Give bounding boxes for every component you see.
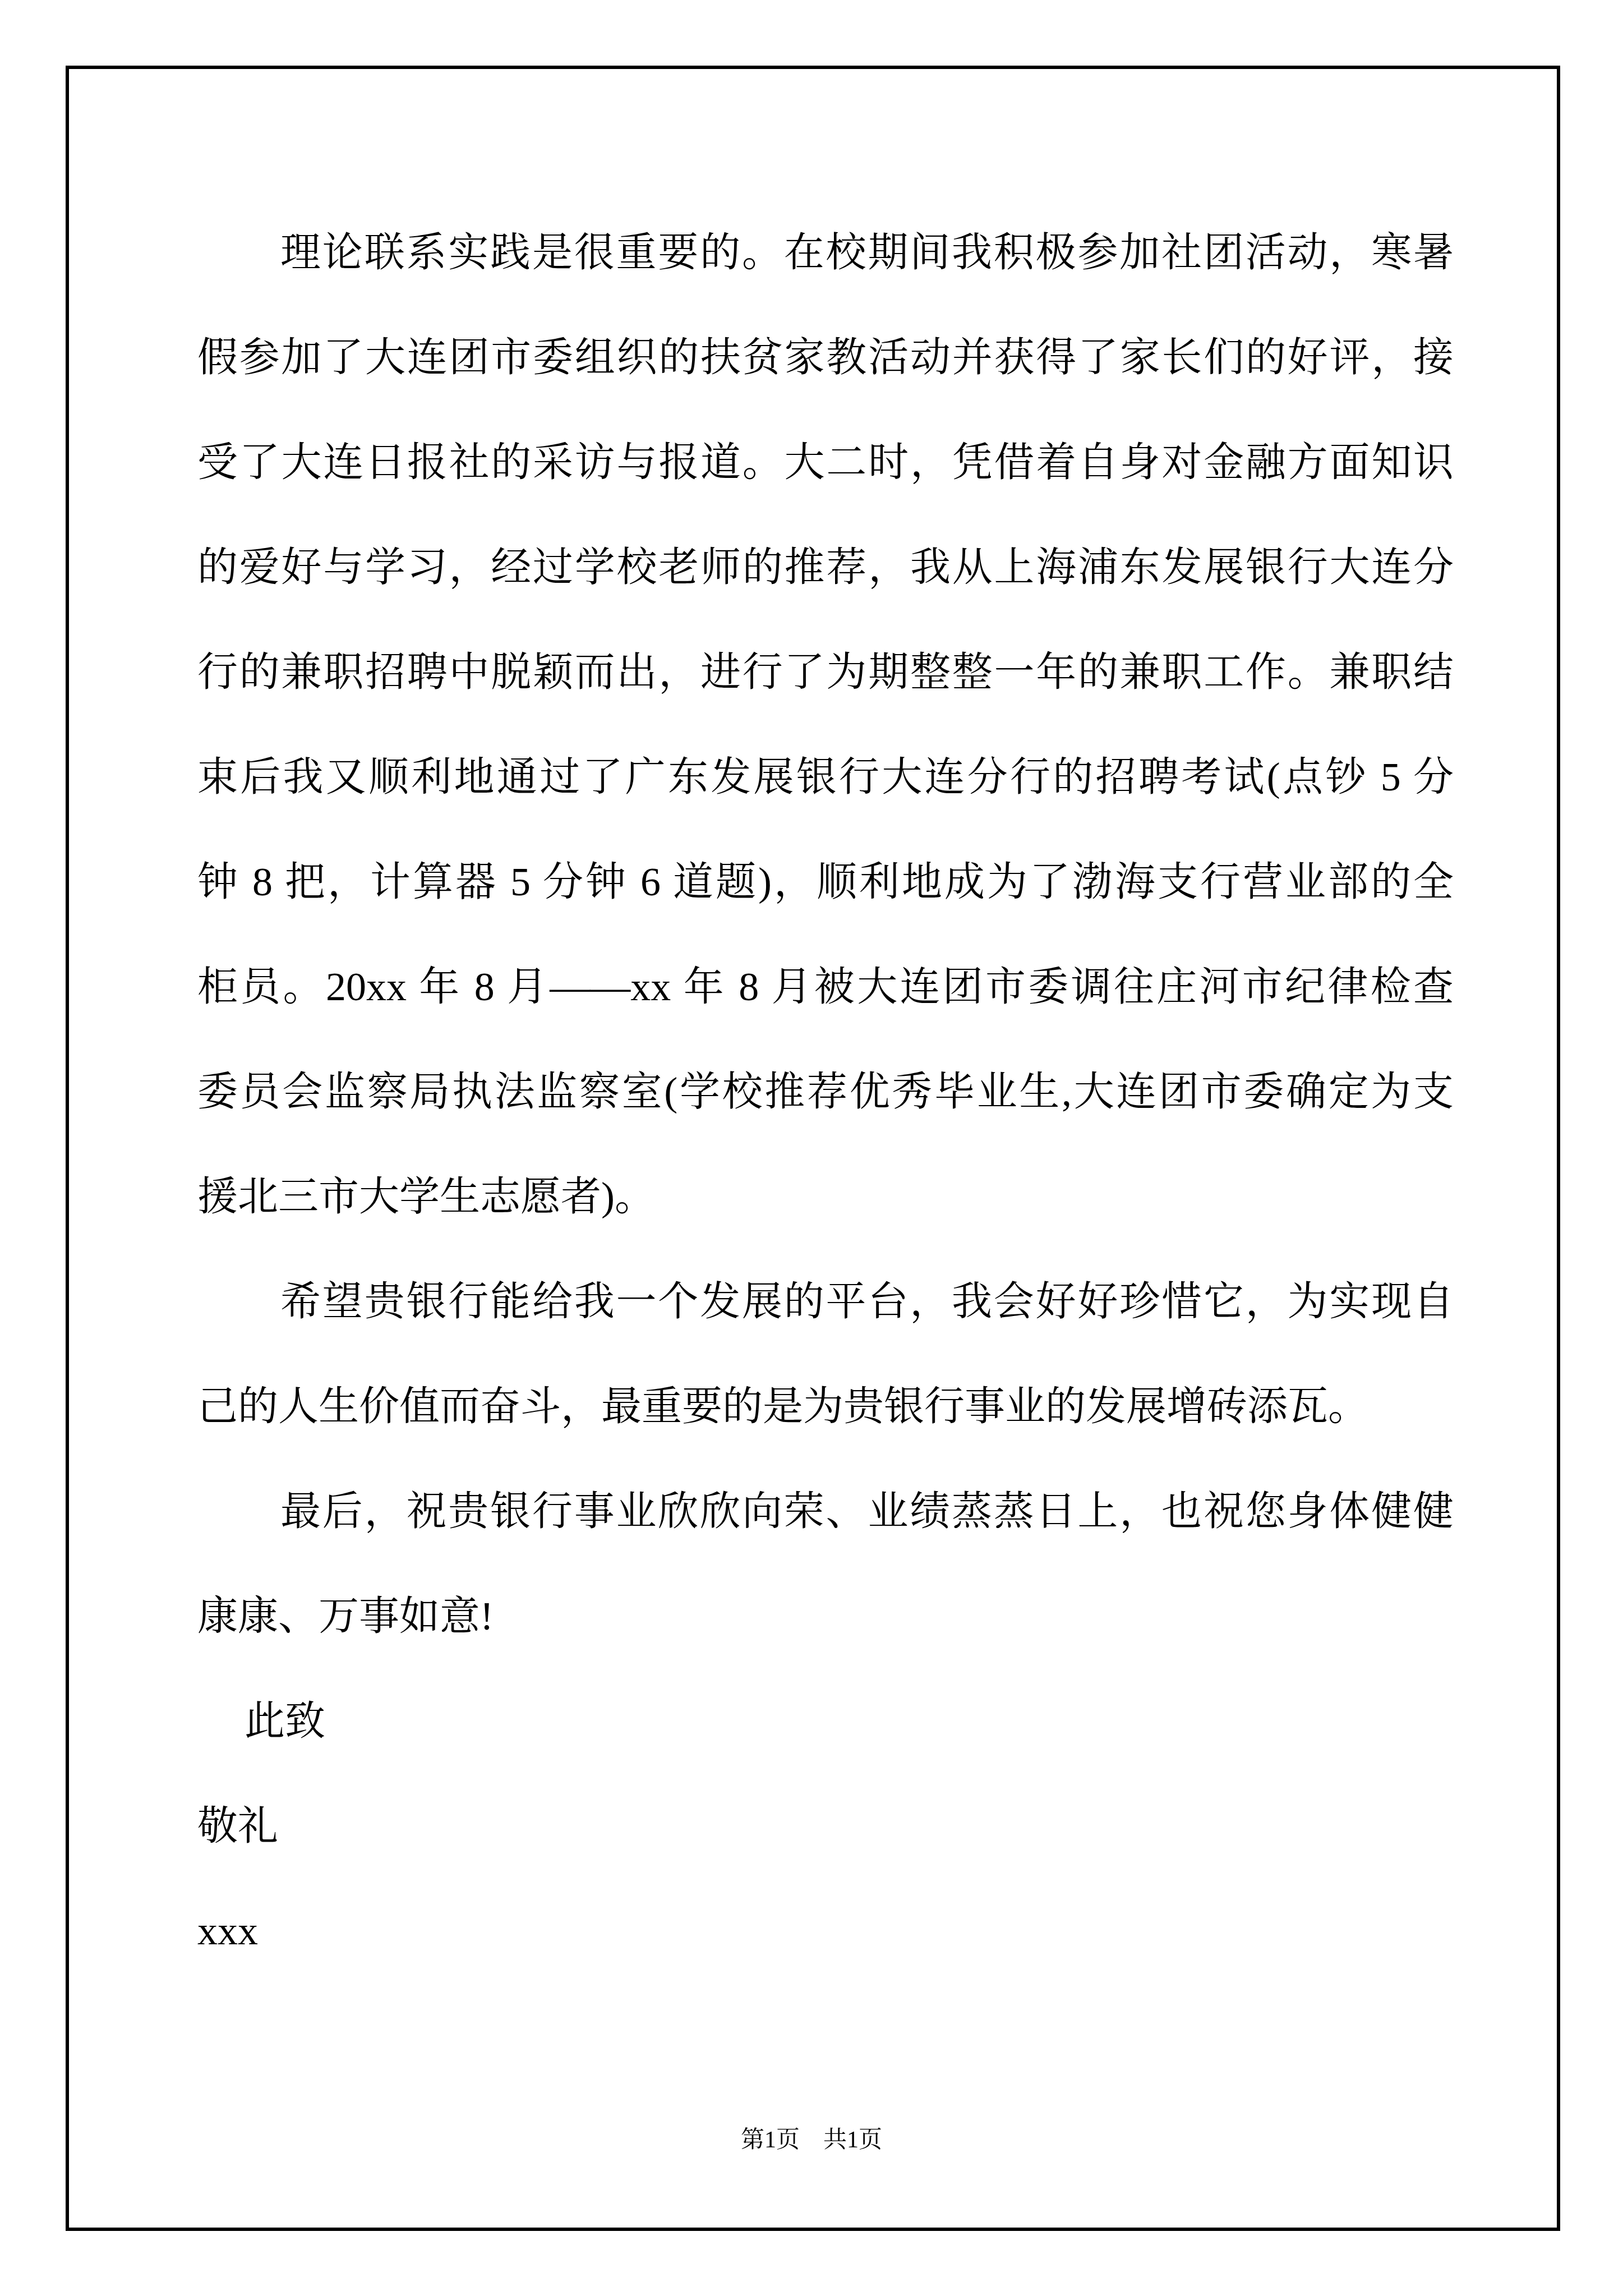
letter-line: 受了大连日报社的采访与报道。大二时，凭借着自身对金融方面知识	[197, 410, 1454, 515]
letter-line: 援北三市大学生志愿者)。	[197, 1144, 1454, 1249]
letter-line: 己的人生价值而奋斗，最重要的是为贵银行事业的发展增砖添瓦。	[197, 1354, 1454, 1459]
document-page: 理论联系实践是很重要的。在校期间我积极参加社团活动，寒暑假参加了大连团市委组织的…	[0, 0, 1623, 2296]
letter-line: 委员会监察局执法监察室(学校推荐优秀毕业生,大连团市委确定为支	[197, 1039, 1454, 1144]
letter-line: 的爱好与学习，经过学校老师的推荐，我从上海浦东发展银行大连分	[197, 515, 1454, 620]
letter-line: 敬礼	[197, 1774, 1454, 1879]
letter-line: 束后我又顺利地通过了广东发展银行大连分行的招聘考试(点钞 5 分	[197, 725, 1454, 830]
letter-line: 最后，祝贵银行事业欣欣向荣、业绩蒸蒸日上，也祝您身体健健	[197, 1459, 1454, 1564]
letter-body: 理论联系实践是很重要的。在校期间我积极参加社团活动，寒暑假参加了大连团市委组织的…	[197, 200, 1454, 1984]
letter-line: 希望贵银行能给我一个发展的平台，我会好好珍惜它，为实现自	[197, 1249, 1454, 1354]
letter-line: 行的兼职招聘中脱颖而出，进行了为期整整一年的兼职工作。兼职结	[197, 620, 1454, 725]
page-number: 第1页 共1页	[741, 2127, 882, 2153]
letter-line: 柜员。20xx 年 8 月——xx 年 8 月被大连团市委调往庄河市纪律检查	[197, 935, 1454, 1039]
letter-line: 康康、万事如意!	[197, 1564, 1454, 1669]
letter-line: 钟 8 把，计算器 5 分钟 6 道题)，顺利地成为了渤海支行营业部的全	[197, 830, 1454, 935]
letter-line: 此致	[197, 1669, 1454, 1774]
letter-line: 假参加了大连团市委组织的扶贫家教活动并获得了家长们的好评，接	[197, 305, 1454, 410]
letter-line: xxx	[197, 1879, 1454, 1984]
page-footer: 第1页 共1页	[0, 2125, 1623, 2155]
letter-line: 理论联系实践是很重要的。在校期间我积极参加社团活动，寒暑	[197, 200, 1454, 305]
